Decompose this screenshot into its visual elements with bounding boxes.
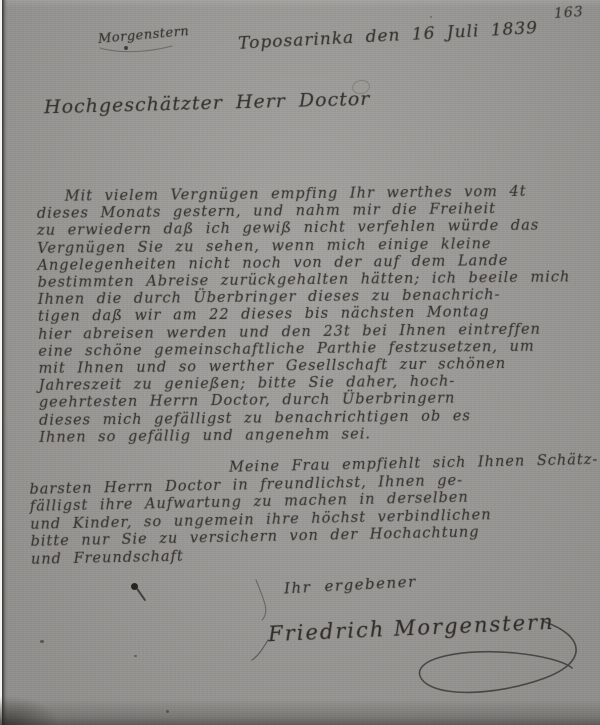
page-number: 163 — [554, 4, 585, 22]
ink-speck — [124, 46, 128, 50]
scan-edge-left-shadow — [2, 0, 7, 725]
ink-speck — [166, 710, 169, 713]
ink-blot-tail — [136, 588, 146, 601]
closing-phrase: Ihr ergebener — [284, 573, 418, 598]
signature: Friedrich Morgenstern — [268, 610, 555, 646]
scan-edge-top — [0, 0, 600, 8]
scanned-letter-page: 163 Morgenstern Toposarinka den 16 Juli … — [0, 0, 600, 725]
ink-speck — [430, 16, 432, 18]
ink-speck — [40, 640, 44, 643]
ink-speck — [134, 655, 137, 657]
body-paragraph-1: Mit vielem Vergnügen empfing Ihr werthes… — [37, 183, 596, 447]
dateline: Toposarinka den 16 Juli 1839 — [238, 18, 539, 54]
salutation: Hochgeschätzter Herr Doctor — [44, 88, 371, 119]
body-paragraph-2: Meine Frau empfiehlt sich Ihnen Schätz- … — [29, 452, 591, 569]
annotation-name: Morgenstern — [98, 24, 190, 47]
scan-edge-bottom-shadow — [0, 699, 600, 725]
scan-corner-stain — [0, 695, 60, 725]
